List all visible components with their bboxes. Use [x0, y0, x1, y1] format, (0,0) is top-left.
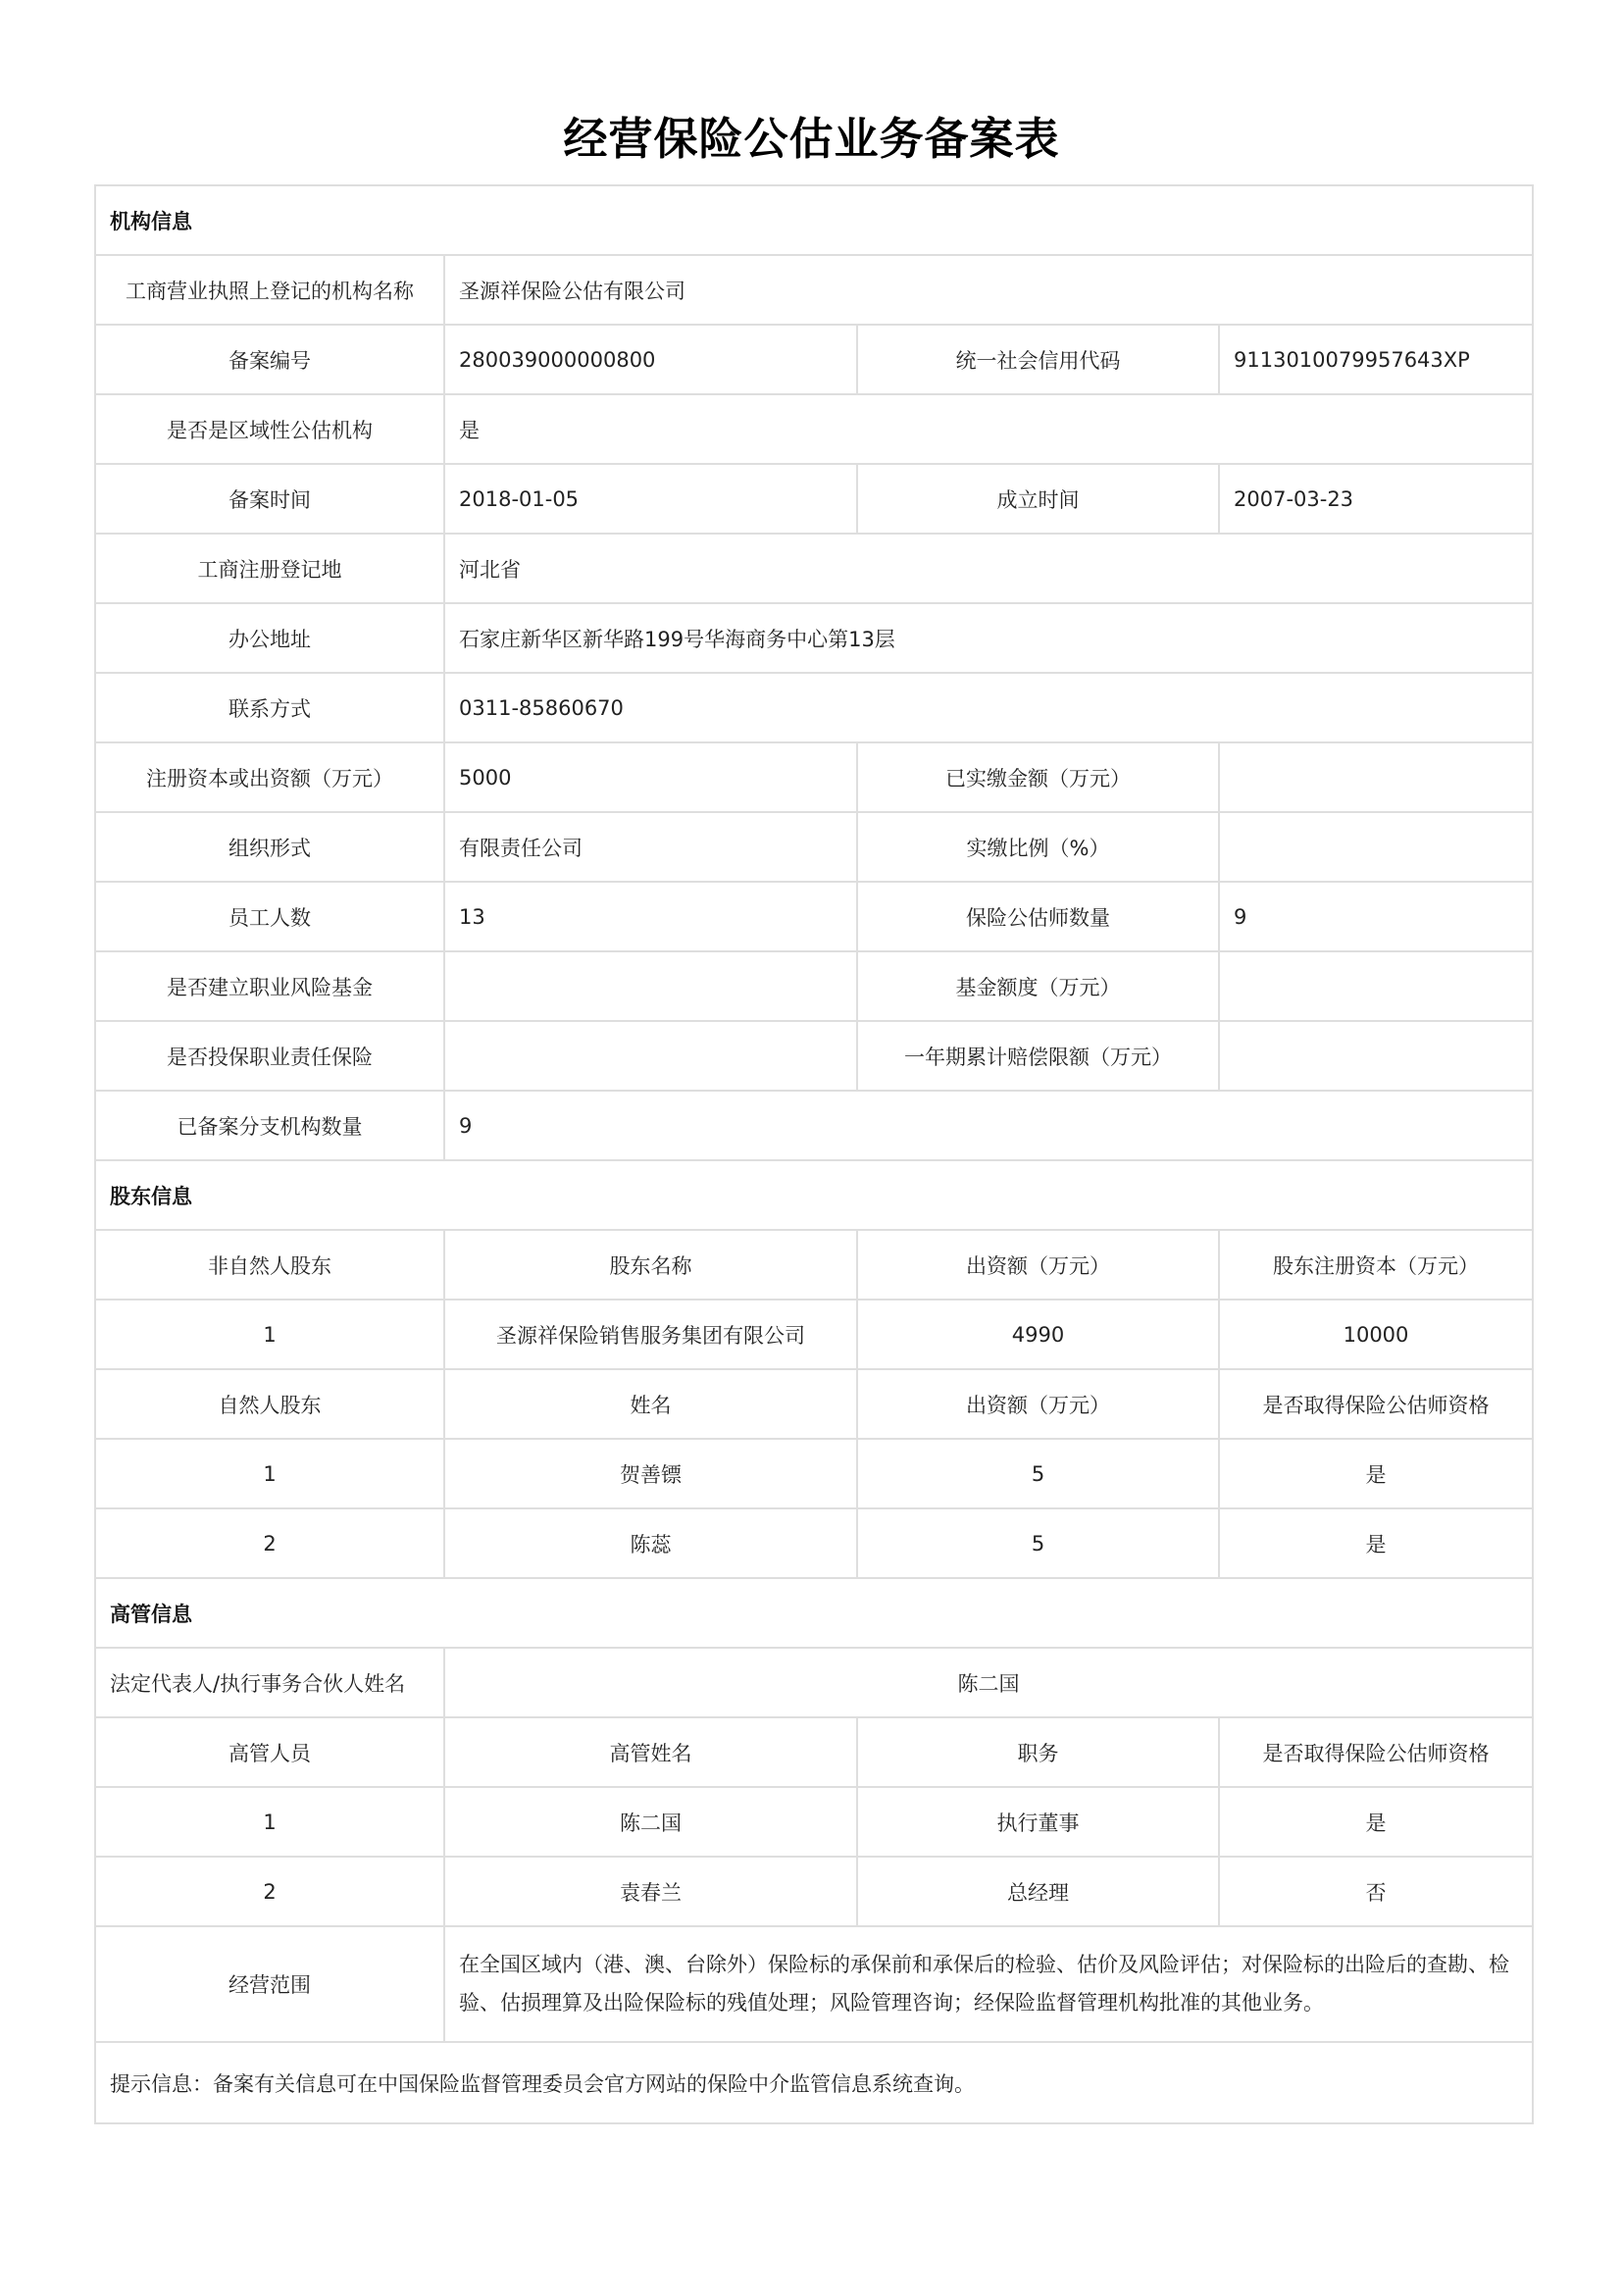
table-row: 1 圣源祥保险销售服务集团有限公司 4990 10000 [95, 1300, 1533, 1369]
column-header: 股东注册资本（万元） [1219, 1230, 1533, 1300]
value-reg-place: 河北省 [444, 534, 1533, 603]
column-header: 高管姓名 [444, 1717, 857, 1787]
column-header: 姓名 [444, 1369, 857, 1439]
tip-text: 提示信息：备案有关信息可在中国保险监督管理委员会官方网站的保险中介监管信息系统查… [95, 2042, 1533, 2123]
label-credit-code: 统一社会信用代码 [857, 325, 1219, 394]
value-credit-code: 9113010079957643XP [1219, 325, 1533, 394]
natural-shareholder-header: 自然人股东 姓名 出资额（万元） 是否取得保险公估师资格 [95, 1369, 1533, 1439]
label-filing-no: 备案编号 [95, 325, 444, 394]
value-founded: 2007-03-23 [1219, 464, 1533, 534]
row-business-scope: 经营范围 在全国区域内（港、澳、台除外）保险标的承保前和承保后的检验、估价及风险… [95, 1926, 1533, 2042]
row-liability-ins: 是否投保职业责任保险 一年期累计赔偿限额（万元） [95, 1021, 1533, 1091]
label-regional: 是否是区域性公估机构 [95, 394, 444, 464]
value-paid-ratio [1219, 812, 1533, 882]
label-filing-date: 备案时间 [95, 464, 444, 534]
row-regional: 是否是区域性公估机构 是 [95, 394, 1533, 464]
section-header-org: 机构信息 [95, 185, 1533, 255]
cell: 4990 [857, 1300, 1219, 1369]
row-filing-date: 备案时间 2018-01-05 成立时间 2007-03-23 [95, 464, 1533, 534]
cell: 1 [95, 1787, 444, 1857]
row-legal-rep: 法定代表人/执行事务合伙人姓名 陈二国 [95, 1648, 1533, 1717]
value-annual-limit [1219, 1021, 1533, 1091]
section-header-shareholders: 股东信息 [95, 1160, 1533, 1230]
value-filing-date: 2018-01-05 [444, 464, 857, 534]
executives-header: 高管人员 高管姓名 职务 是否取得保险公估师资格 [95, 1717, 1533, 1787]
value-adjusters: 9 [1219, 882, 1533, 951]
table-row: 2 袁春兰 总经理 否 [95, 1857, 1533, 1926]
column-header: 是否取得保险公估师资格 [1219, 1369, 1533, 1439]
label-capital: 注册资本或出资额（万元） [95, 742, 444, 812]
label-founded: 成立时间 [857, 464, 1219, 534]
table-row: 2 陈蕊 5 是 [95, 1508, 1533, 1578]
table-row: 1 陈二国 执行董事 是 [95, 1787, 1533, 1857]
row-branches: 已备案分支机构数量 9 [95, 1091, 1533, 1160]
label-reg-place: 工商注册登记地 [95, 534, 444, 603]
row-risk-fund: 是否建立职业风险基金 基金额度（万元） [95, 951, 1533, 1021]
cell: 执行董事 [857, 1787, 1219, 1857]
row-org-name: 工商营业执照上登记的机构名称 圣源祥保险公估有限公司 [95, 255, 1533, 325]
value-regional: 是 [444, 394, 1533, 464]
label-business-scope: 经营范围 [95, 1926, 444, 2042]
cell: 陈二国 [444, 1787, 857, 1857]
row-tip: 提示信息：备案有关信息可在中国保险监督管理委员会官方网站的保险中介监管信息系统查… [95, 2042, 1533, 2123]
label-contact: 联系方式 [95, 673, 444, 742]
column-header: 高管人员 [95, 1717, 444, 1787]
cell: 2 [95, 1508, 444, 1578]
cell: 5 [857, 1439, 1219, 1508]
page-title: 经营保险公估业务备案表 [0, 110, 1623, 169]
label-paid-ratio: 实缴比例（%） [857, 812, 1219, 882]
cell: 陈蕊 [444, 1508, 857, 1578]
table-row: 1 贺善镖 5 是 [95, 1439, 1533, 1508]
value-branches: 9 [444, 1091, 1533, 1160]
value-capital: 5000 [444, 742, 857, 812]
column-header: 自然人股东 [95, 1369, 444, 1439]
label-paid: 已实缴金额（万元） [857, 742, 1219, 812]
cell: 袁春兰 [444, 1857, 857, 1926]
cell: 是 [1219, 1787, 1533, 1857]
corporate-shareholder-header: 非自然人股东 股东名称 出资额（万元） 股东注册资本（万元） [95, 1230, 1533, 1300]
label-risk-fund: 是否建立职业风险基金 [95, 951, 444, 1021]
value-business-scope: 在全国区域内（港、澳、台除外）保险标的承保前和承保后的检验、估价及风险评估；对保… [444, 1926, 1533, 2042]
value-paid [1219, 742, 1533, 812]
column-header: 出资额（万元） [857, 1369, 1219, 1439]
section-title-shareholders: 股东信息 [95, 1160, 1533, 1230]
column-header: 是否取得保险公估师资格 [1219, 1717, 1533, 1787]
label-liability-ins: 是否投保职业责任保险 [95, 1021, 444, 1091]
cell: 1 [95, 1300, 444, 1369]
row-contact: 联系方式 0311-85860670 [95, 673, 1533, 742]
cell: 圣源祥保险销售服务集团有限公司 [444, 1300, 857, 1369]
filing-table: 机构信息 工商营业执照上登记的机构名称 圣源祥保险公估有限公司 备案编号 280… [94, 184, 1534, 2124]
label-office: 办公地址 [95, 603, 444, 673]
section-header-executives: 高管信息 [95, 1578, 1533, 1648]
value-form: 有限责任公司 [444, 812, 857, 882]
value-legal-rep: 陈二国 [444, 1648, 1533, 1717]
cell: 2 [95, 1857, 444, 1926]
value-org-name: 圣源祥保险公估有限公司 [444, 255, 1533, 325]
section-title-executives: 高管信息 [95, 1578, 1533, 1648]
column-header: 非自然人股东 [95, 1230, 444, 1300]
cell: 1 [95, 1439, 444, 1508]
column-header: 职务 [857, 1717, 1219, 1787]
column-header: 股东名称 [444, 1230, 857, 1300]
label-staff: 员工人数 [95, 882, 444, 951]
column-header: 出资额（万元） [857, 1230, 1219, 1300]
row-form: 组织形式 有限责任公司 实缴比例（%） [95, 812, 1533, 882]
label-fund-amount: 基金额度（万元） [857, 951, 1219, 1021]
value-staff: 13 [444, 882, 857, 951]
value-fund-amount [1219, 951, 1533, 1021]
row-capital: 注册资本或出资额（万元） 5000 已实缴金额（万元） [95, 742, 1533, 812]
label-branches: 已备案分支机构数量 [95, 1091, 444, 1160]
label-adjusters: 保险公估师数量 [857, 882, 1219, 951]
row-reg-place: 工商注册登记地 河北省 [95, 534, 1533, 603]
cell: 是 [1219, 1508, 1533, 1578]
row-filing-no: 备案编号 280039000000800 统一社会信用代码 9113010079… [95, 325, 1533, 394]
value-office: 石家庄新华区新华路199号华海商务中心第13层 [444, 603, 1533, 673]
cell: 5 [857, 1508, 1219, 1578]
cell: 否 [1219, 1857, 1533, 1926]
section-title-org: 机构信息 [95, 185, 1533, 255]
label-org-name: 工商营业执照上登记的机构名称 [95, 255, 444, 325]
value-liability-ins [444, 1021, 857, 1091]
value-risk-fund [444, 951, 857, 1021]
label-form: 组织形式 [95, 812, 444, 882]
cell: 贺善镖 [444, 1439, 857, 1508]
cell: 10000 [1219, 1300, 1533, 1369]
value-contact: 0311-85860670 [444, 673, 1533, 742]
cell: 是 [1219, 1439, 1533, 1508]
label-legal-rep: 法定代表人/执行事务合伙人姓名 [95, 1648, 444, 1717]
row-office: 办公地址 石家庄新华区新华路199号华海商务中心第13层 [95, 603, 1533, 673]
value-filing-no: 280039000000800 [444, 325, 857, 394]
label-annual-limit: 一年期累计赔偿限额（万元） [857, 1021, 1219, 1091]
cell: 总经理 [857, 1857, 1219, 1926]
row-staff: 员工人数 13 保险公估师数量 9 [95, 882, 1533, 951]
